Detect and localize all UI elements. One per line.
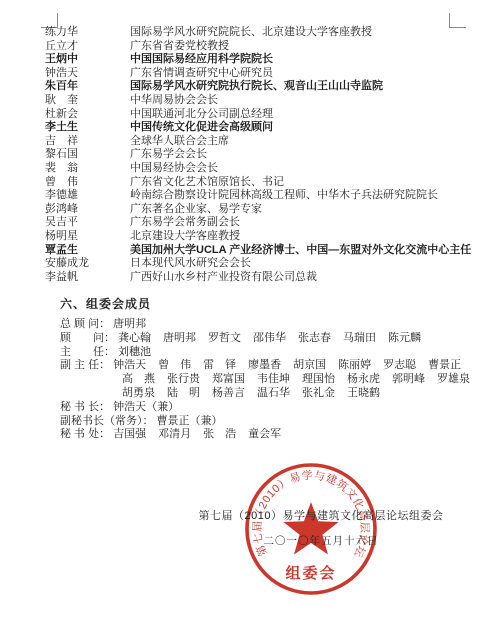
committee-member-name: 钟浩天（兼） <box>113 401 179 413</box>
committee-member-name: 理国怡 <box>302 373 335 385</box>
expert-title: 中国易经协会会长 <box>130 162 218 176</box>
committee-row: 主 任：刘穗池 <box>60 346 490 360</box>
expert-title: 中国国际易经应用科学院院长 <box>130 53 273 67</box>
committee-role-label: 顾 问： <box>60 332 115 344</box>
expert-row: 黎石国广东易学会会长 <box>45 148 485 162</box>
expert-name: 李土生 <box>45 121 130 135</box>
committee-row: 秘 书 长：钟浩天（兼） <box>60 401 490 415</box>
expert-name: 曾 伟 <box>45 176 130 190</box>
expert-row: 杨明星北京建设大学客座教授 <box>45 230 485 244</box>
committee-role-label: 总 顾 问： <box>60 318 110 330</box>
expert-title: 中国传统文化促进会高级顾问 <box>130 121 273 135</box>
expert-row: 钟浩天广东省情调查研究中心研究员 <box>45 67 485 81</box>
committee-row: 副秘书长（常务）：曹景正（兼） <box>60 415 490 429</box>
committee-member-name: 唐明邦 <box>163 332 196 344</box>
expert-name: 彭鸿峰 <box>45 203 130 217</box>
committee-member-name: 张行贵 <box>167 373 200 385</box>
committee-member-name: 胡京国 <box>293 359 326 371</box>
expert-title: 全球华人联合会主席 <box>130 135 229 149</box>
expert-row: 朱百年国际易学风水研究院执行院长、观音山王山山寺监院 <box>45 80 485 94</box>
committee-role-label: 主 任： <box>60 346 115 358</box>
committee-role-label: 副秘书长（常务）： <box>60 415 154 427</box>
expert-name: 吴吉平 <box>45 216 130 230</box>
expert-row: 吴吉平广东易学会常务副会长 <box>45 216 485 230</box>
expert-name: 覃孟生 <box>45 244 130 258</box>
committee-row: 副 主 任：钟浩天曾 伟雷 铎廖墨香胡京国陈丽婷罗志聪曹景正 <box>60 359 490 373</box>
expert-row: 李益帆广西好山水乡村产业投资有限公司总裁 <box>45 271 485 285</box>
expert-row: 安藤成龙日本现代风水研究会会长 <box>45 257 485 271</box>
committee-member-name: 邵伟华 <box>253 332 286 344</box>
expert-name: 裴 翁 <box>45 162 130 176</box>
committee-member-name: 曾 伟 <box>158 359 191 371</box>
committee-member-name: 曹景正（兼） <box>157 415 223 427</box>
expert-title: 广东省情调查研究中心研究员 <box>130 67 273 81</box>
committee-member-name: 杨善言 <box>212 387 245 399</box>
committee-row: 胡勇泉陆 明杨善言温石华张礼金王晓鹤 <box>60 387 490 401</box>
committee-member-name: 龚心翰 <box>118 332 151 344</box>
committee-row: 高 燕张行贵郑富国韦佳坤理国怡杨永虎郭明峰罗雄泉 <box>60 373 490 387</box>
committee-member-name: 童会军 <box>248 428 281 440</box>
expert-row: 覃孟生美国加州大学UCLA 产业经济博士、中国—东盟对外文化交流中心主任 <box>45 244 485 258</box>
committee-member-name: 唐明邦 <box>113 318 146 330</box>
expert-title: 广西好山水乡村产业投资有限公司总裁 <box>130 271 317 285</box>
committee-row: 顾 问：龚心翰唐明邦罗哲文邵伟华张志春马瑞田陈元麟 <box>60 332 490 346</box>
committee-row: 秘 书 处：吉国强邓清月张 浩童会军 <box>60 428 490 442</box>
expert-name: 李德雄 <box>45 189 130 203</box>
expert-title: 北京建设大学客座教授 <box>130 230 240 244</box>
expert-row: 李土生中国传统文化促进会高级顾问 <box>45 121 485 135</box>
committee-member-name: 罗志聪 <box>383 359 416 371</box>
expert-row: 练力华国际易学风水研究院院长、北京建设大学客座教授 <box>45 26 485 40</box>
expert-name: 杨明星 <box>45 230 130 244</box>
expert-name: 王炳中 <box>45 53 130 67</box>
expert-row: 吉 祥全球华人联合会主席 <box>45 135 485 149</box>
expert-title: 广东省省委党校教授 <box>130 40 229 54</box>
expert-title: 国际易学风水研究院院长、北京建设大学客座教授 <box>130 26 372 40</box>
expert-title: 日本现代风水研究会会长 <box>130 257 251 271</box>
committee-member-name: 高 燕 <box>122 373 155 385</box>
committee-member-name: 张志春 <box>298 332 331 344</box>
committee-member-name: 雷 铎 <box>203 359 236 371</box>
expert-name: 丘立才 <box>45 40 130 54</box>
committee-member-name: 胡勇泉 <box>122 387 155 399</box>
expert-title: 广东著名企业家、易学专家 <box>130 203 262 217</box>
committee-member-name: 罗哲文 <box>208 332 241 344</box>
committee-member-name: 张 浩 <box>203 428 236 440</box>
committee-member-name: 罗雄泉 <box>437 373 470 385</box>
expert-row: 王炳中中国国际易经应用科学院院长 <box>45 53 485 67</box>
expert-row: 曾 伟广东省文化艺术馆原馆长、书记 <box>45 176 485 190</box>
committee-role-label: 秘 书 长： <box>60 401 110 413</box>
expert-name: 杜新会 <box>45 108 130 122</box>
expert-row: 李德雄岭南综合勘察设计院园林高级工程师、中华木子兵法研究院院长 <box>45 189 485 203</box>
committee-row: 总 顾 问：唐明邦 <box>60 318 490 332</box>
expert-row: 杜新会中国联通河北分公司副总经理 <box>45 108 485 122</box>
committee-member-name: 刘穗池 <box>118 346 151 358</box>
expert-name: 钟浩天 <box>45 67 130 81</box>
committee-member-name: 陈丽婷 <box>338 359 371 371</box>
expert-row: 裴 翁中国易经协会会长 <box>45 162 485 176</box>
footer: 第七届（2010）易学与建筑文化高层论坛组委会 二〇一〇年五月十六日 <box>145 507 497 548</box>
expert-name: 李益帆 <box>45 271 130 285</box>
expert-name: 安藤成龙 <box>45 257 130 271</box>
committee-member-name: 陆 明 <box>167 387 200 399</box>
expert-name: 练力华 <box>45 26 130 40</box>
expert-row: 彭鸿峰广东著名企业家、易学专家 <box>45 203 485 217</box>
committee-member-name: 曹景正 <box>428 359 461 371</box>
expert-title: 美国加州大学UCLA 产业经济博士、中国—东盟对外文化交流中心主任 <box>130 244 471 258</box>
expert-title: 国际易学风水研究院执行院长、观音山王山山寺监院 <box>130 80 383 94</box>
expert-name: 朱百年 <box>45 80 130 94</box>
expert-name: 耿 奎 <box>45 94 130 108</box>
committee-member-name: 杨永虎 <box>347 373 380 385</box>
expert-name: 吉 祥 <box>45 135 130 149</box>
committee-member-name: 郭明峰 <box>392 373 425 385</box>
committee-member-name: 陈元麟 <box>388 332 421 344</box>
expert-list: 练力华国际易学风水研究院院长、北京建设大学客座教授丘立才广东省省委党校教授王炳中… <box>45 26 485 284</box>
expert-title: 中国联通河北分公司副总经理 <box>130 108 273 122</box>
section-heading: 六、组委会成员 <box>60 295 151 312</box>
expert-title: 广东易学会常务副会长 <box>130 216 240 230</box>
expert-row: 耿 奎中华周易协会会长 <box>45 94 485 108</box>
expert-title: 广东省文化艺术馆原馆长、书记 <box>130 176 284 190</box>
committee-role-label: 副 主 任： <box>60 359 110 371</box>
expert-title: 岭南综合勘察设计院园林高级工程师、中华木子兵法研究院院长 <box>130 189 438 203</box>
expert-row: 丘立才广东省省委党校教授 <box>45 40 485 54</box>
expert-title: 中华周易协会会长 <box>130 94 218 108</box>
committee-member-name: 钟浩天 <box>113 359 146 371</box>
document-page: 练力华国际易学风水研究院院长、北京建设大学客座教授丘立才广东省省委党校教授王炳中… <box>0 0 500 626</box>
expert-title: 广东易学会会长 <box>130 148 207 162</box>
committee-member-name: 张礼金 <box>302 387 335 399</box>
committee-member-name: 温石华 <box>257 387 290 399</box>
expert-name: 黎石国 <box>45 148 130 162</box>
committee-list: 总 顾 问：唐明邦顾 问：龚心翰唐明邦罗哲文邵伟华张志春马瑞田陈元麟主 任：刘穗… <box>60 318 490 442</box>
seal-inner-text: 组委会 <box>285 564 336 582</box>
footer-date-line: 二〇一〇年五月十六日 <box>145 533 497 548</box>
footer-org-line: 第七届（2010）易学与建筑文化高层论坛组委会 <box>145 507 497 523</box>
committee-member-name: 郑富国 <box>212 373 245 385</box>
committee-member-name: 马瑞田 <box>343 332 376 344</box>
committee-member-name: 廖墨香 <box>248 359 281 371</box>
committee-member-name: 韦佳坤 <box>257 373 290 385</box>
committee-member-name: 王晓鹤 <box>347 387 380 399</box>
committee-role-label: 秘 书 处： <box>60 428 110 440</box>
committee-member-name: 邓清月 <box>158 428 191 440</box>
committee-member-name: 吉国强 <box>113 428 146 440</box>
